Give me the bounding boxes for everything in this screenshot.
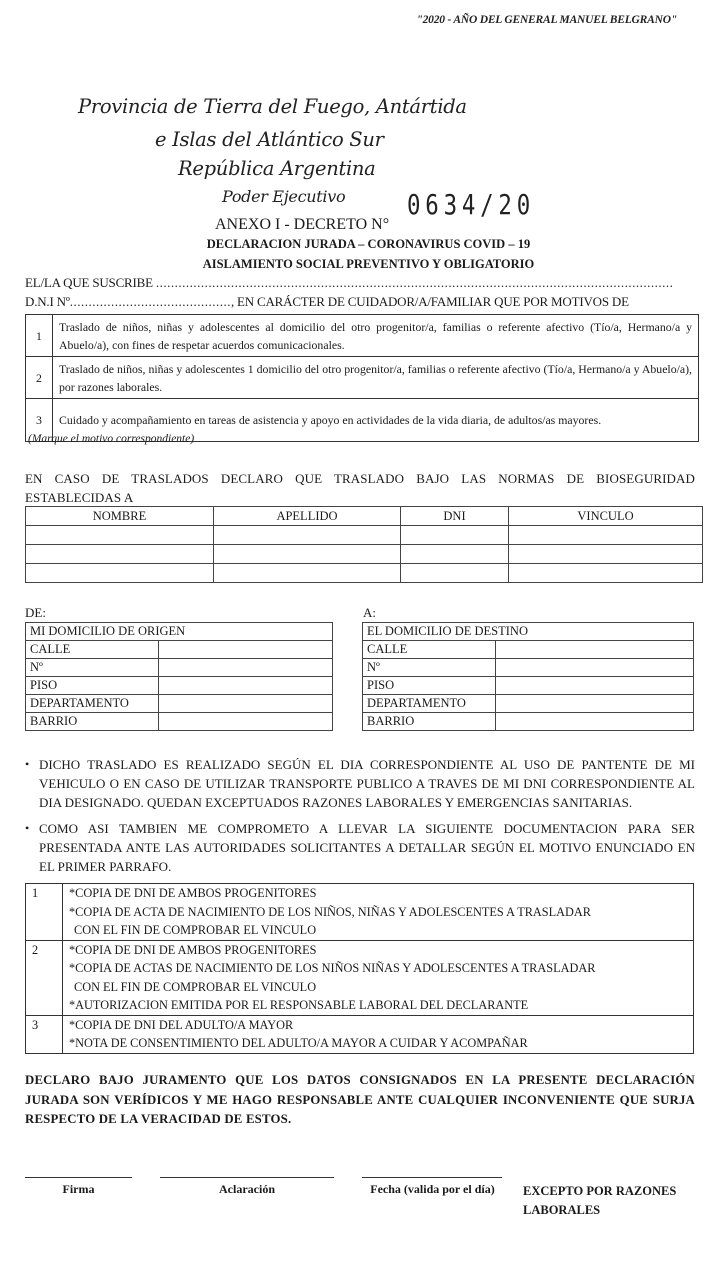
year-motto: "2020 - AÑO DEL GENERAL MANUEL BELGRANO" [416,14,677,26]
origen-label: DE: [25,605,46,621]
suscribe-line: EL/LA QUE SUSCRIBE .....................… [25,275,673,291]
vinculo-cell[interactable] [509,526,703,545]
dni-suffix: , EN CARÁCTER DE CUIDADOR/A/FAMILIAR QUE… [231,294,629,309]
doc-line: *COPIA DE ACTAS DE NACIMIENTO DE LOS NIÑ… [69,959,693,978]
letterhead-executive: Poder Ejecutivo [222,187,345,206]
destino-departamento-label: DEPARTAMENTO [363,695,496,713]
doc-line: *COPIA DE ACTA DE NACIMIENTO DE LOS NIÑO… [69,903,693,922]
suscribe-field[interactable]: ........................................… [156,275,674,290]
dni-cell[interactable] [401,526,509,545]
doc-line: *COPIA DE DNI DEL ADULTO/A MAYOR [69,1016,693,1035]
doc-requirements: *COPIA DE DNI DEL ADULTO/A MAYOR *NOTA D… [63,1015,694,1053]
origen-piso-field[interactable] [159,677,333,695]
apellido-cell[interactable] [214,564,401,583]
doc-line: CON EL FIN DE COMPROBAR EL VINCULO [69,921,693,940]
decree-number-stamp: 0634/20 [407,188,535,221]
origen-title: MI DOMICILIO DE ORIGEN [26,623,333,641]
motivo-text: Traslado de niños, niñas y adolescentes … [53,357,699,399]
motivos-note: (Marque el motivo correspondiente) [28,433,194,445]
fecha-line[interactable] [362,1177,502,1178]
personas-table: NOMBRE APELLIDO DNI VINCULO [25,506,703,583]
destino-calle-field[interactable] [496,641,694,659]
destino-barrio-field[interactable] [496,713,694,731]
origen-departamento-label: DEPARTAMENTO [26,695,159,713]
motivo-row[interactable]: 2 Traslado de niños, niñas y adolescente… [26,357,699,399]
traslados-intro: EN CASO DE TRASLADOS DECLARO QUE TRASLAD… [25,469,695,507]
annex-label: ANEXO I - DECRETO N° [215,216,389,234]
column-header-apellido: APELLIDO [214,507,401,526]
firma-line[interactable] [25,1177,132,1178]
conditions-list: • DICHO TRASLADO ES REALIZADO SEGÚN EL D… [25,755,695,883]
exception-line-2: LABORALES [523,1201,676,1220]
table-row [26,564,703,583]
column-header-vinculo: VINCULO [509,507,703,526]
exception-line-1: EXCEPTO POR RAZONES [523,1182,676,1201]
motivos-table: 1 Traslado de niños, niñas y adolescente… [25,314,699,442]
destino-piso-field[interactable] [496,677,694,695]
table-row: 1 *COPIA DE DNI DE AMBOS PROGENITORES *C… [26,884,694,941]
apellido-cell[interactable] [214,526,401,545]
doc-line: *COPIA DE DNI DE AMBOS PROGENITORES [69,884,693,903]
bullet-icon: • [25,819,29,838]
destino-title: EL DOMICILIO DE DESTINO [363,623,694,641]
motivo-text: Traslado de niños, niñas y adolescentes … [53,315,699,357]
origen-departamento-field[interactable] [159,695,333,713]
suscribe-label: EL/LA QUE SUSCRIBE [25,275,153,290]
destino-calle-label: CALLE [363,641,496,659]
dni-line: D.N.I Nº................................… [25,294,629,310]
aclaracion-line[interactable] [160,1177,334,1178]
column-header-dni: DNI [401,507,509,526]
dni-label: D.N.I Nº [25,294,70,309]
oath-statement: DECLARO BAJO JURAMENTO QUE LOS DATOS CON… [25,1071,695,1130]
aclaracion-label: Aclaración [160,1182,334,1197]
motivo-number[interactable]: 2 [26,357,53,399]
vinculo-cell[interactable] [509,564,703,583]
dni-cell[interactable] [401,564,509,583]
origen-numero-label: Nº [26,659,159,677]
table-row [26,545,703,564]
doc-requirements: *COPIA DE DNI DE AMBOS PROGENITORES *COP… [63,940,694,1015]
origen-table: MI DOMICILIO DE ORIGEN CALLE Nº PISO DEP… [25,622,333,731]
personas-header: NOMBRE APELLIDO DNI VINCULO [26,507,703,526]
nombre-cell[interactable] [26,526,214,545]
doc-motivo-number: 3 [26,1015,63,1053]
nombre-cell[interactable] [26,564,214,583]
exception-note: EXCEPTO POR RAZONES LABORALES [523,1182,676,1220]
condition-text: DICHO TRASLADO ES REALIZADO SEGÚN EL DIA… [39,757,695,810]
doc-motivo-number: 2 [26,940,63,1015]
table-row: 2 *COPIA DE DNI DE AMBOS PROGENITORES *C… [26,940,694,1015]
bullet-icon: • [25,755,29,774]
destino-departamento-field[interactable] [496,695,694,713]
apellido-cell[interactable] [214,545,401,564]
origen-calle-label: CALLE [26,641,159,659]
destino-label: A: [363,605,376,621]
documentacion-table: 1 *COPIA DE DNI DE AMBOS PROGENITORES *C… [25,883,694,1054]
table-row [26,526,703,545]
destino-numero-field[interactable] [496,659,694,677]
destino-table: EL DOMICILIO DE DESTINO CALLE Nº PISO DE… [362,622,694,731]
condition-text: COMO ASI TAMBIEN ME COMPROMETO A LLEVAR … [39,821,695,874]
motivo-row[interactable]: 1 Traslado de niños, niñas y adolescente… [26,315,699,357]
column-header-nombre: NOMBRE [26,507,214,526]
destino-piso-label: PISO [363,677,496,695]
origen-piso-label: PISO [26,677,159,695]
doc-line: *COPIA DE DNI DE AMBOS PROGENITORES [69,941,693,960]
destino-barrio-label: BARRIO [363,713,496,731]
dni-cell[interactable] [401,545,509,564]
doc-motivo-number: 1 [26,884,63,941]
origen-barrio-field[interactable] [159,713,333,731]
origen-barrio-label: BARRIO [26,713,159,731]
document-subtitle: AISLAMIENTO SOCIAL PREVENTIVO Y OBLIGATO… [0,257,723,272]
letterhead-republic: República Argentina [178,157,376,180]
table-row: 3 *COPIA DE DNI DEL ADULTO/A MAYOR *NOTA… [26,1015,694,1053]
letterhead-province: Provincia de Tierra del Fuego, Antártida [78,95,467,118]
vinculo-cell[interactable] [509,545,703,564]
fecha-label: Fecha (valida por el día) [355,1182,510,1197]
firma-label: Firma [25,1182,132,1197]
list-item: • DICHO TRASLADO ES REALIZADO SEGÚN EL D… [25,755,695,812]
doc-line: CON EL FIN DE COMPROBAR EL VINCULO [69,978,693,997]
doc-line: *AUTORIZACION EMITIDA POR EL RESPONSABLE… [69,996,693,1015]
nombre-cell[interactable] [26,545,214,564]
list-item: • COMO ASI TAMBIEN ME COMPROMETO A LLEVA… [25,819,695,876]
origen-calle-field[interactable] [159,641,333,659]
motivo-number[interactable]: 1 [26,315,53,357]
letterhead-islands: e Islas del Atlántico Sur [155,128,384,151]
origen-numero-field[interactable] [159,659,333,677]
destino-numero-label: Nº [363,659,496,677]
doc-line: *NOTA DE CONSENTIMIENTO DEL ADULTO/A MAY… [69,1034,693,1053]
dni-field[interactable]: ........................................… [70,294,231,309]
document-title: DECLARACION JURADA – CORONAVIRUS COVID –… [0,237,723,252]
doc-requirements: *COPIA DE DNI DE AMBOS PROGENITORES *COP… [63,884,694,941]
